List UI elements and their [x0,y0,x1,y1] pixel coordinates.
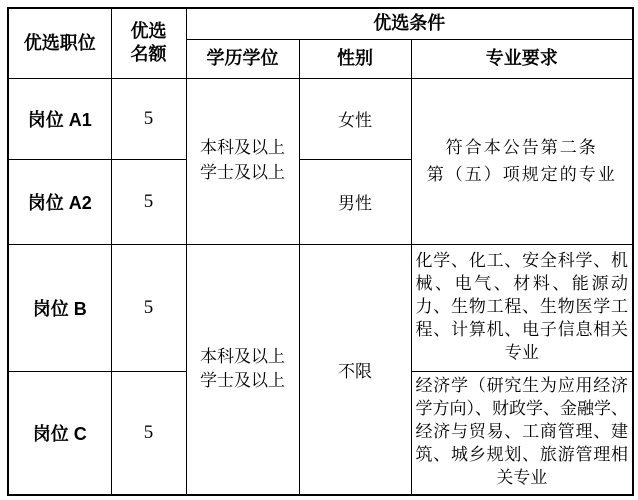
header-quota: 优选 名额 [111,8,186,78]
cell-position-a1: 岗位 A1 [8,78,111,159]
document-page: 优选职位 优选 名额 优选条件 学历学位 性别 专业要求 岗位 A1 5 本科及… [0,0,638,500]
header-major: 专业要求 [411,39,633,78]
table-row-b: 岗位 B 5 本科及以上 学士及以上 不限 化学、化工、安全科学、机械、电气、材… [8,244,633,371]
cell-education-group-bc: 本科及以上 学士及以上 [186,244,299,495]
header-conditions: 优选条件 [186,8,633,39]
cell-gender-a1: 女性 [299,78,411,159]
cell-gender-group-bc: 不限 [299,244,411,495]
cell-major-c: 经济学（研究生为应用经济学方向）、财政学、金融学、经济与贸易、工商管理、建筑、城… [411,371,633,495]
cell-quota-a1: 5 [111,78,186,159]
cell-position-c: 岗位 C [8,371,111,495]
table-row-a1: 岗位 A1 5 本科及以上 学士及以上 女性 符合本公告第二条 第（五）项规定的… [8,78,633,159]
cell-major-group-a: 符合本公告第二条 第（五）项规定的专业 [411,78,633,244]
header-row-top: 优选职位 优选 名额 优选条件 [8,8,633,39]
cell-major-b: 化学、化工、安全科学、机械、电气、材料、能源动力、生物工程、生物医学工程、计算机… [411,244,633,371]
cell-position-a2: 岗位 A2 [8,159,111,244]
cell-quota-c: 5 [111,371,186,495]
cell-quota-b: 5 [111,244,186,371]
cell-quota-a2: 5 [111,159,186,244]
preferred-positions-table: 优选职位 优选 名额 优选条件 学历学位 性别 专业要求 岗位 A1 5 本科及… [7,7,634,496]
header-education: 学历学位 [186,39,299,78]
header-position: 优选职位 [8,8,111,78]
header-gender: 性别 [299,39,411,78]
cell-education-group-a: 本科及以上 学士及以上 [186,78,299,244]
cell-gender-a2: 男性 [299,159,411,244]
cell-position-b: 岗位 B [8,244,111,371]
